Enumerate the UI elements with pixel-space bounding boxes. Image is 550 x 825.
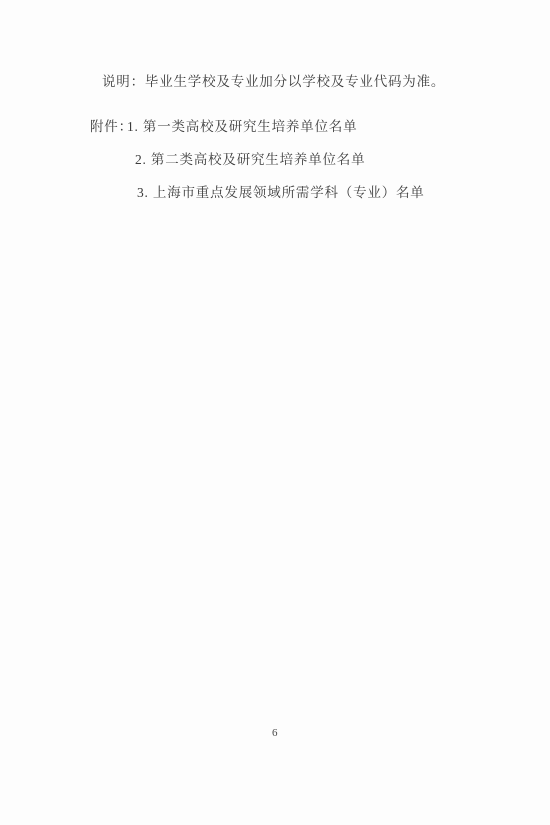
attachment-item-3: 3. 上海市重点发展领域所需学科（专业）名单 (137, 186, 425, 200)
document-page: 说明：毕业生学校及专业加分以学校及专业代码为准。 附件： 1. 第一类高校及研究… (0, 0, 550, 825)
note-line: 说明：毕业生学校及专业加分以学校及专业代码为准。 (102, 75, 445, 89)
attachment-item-1: 1. 第一类高校及研究生培养单位名单 (127, 120, 357, 134)
page-number: 6 (272, 727, 278, 739)
attachment-item-2: 2. 第二类高校及研究生培养单位名单 (135, 153, 365, 167)
